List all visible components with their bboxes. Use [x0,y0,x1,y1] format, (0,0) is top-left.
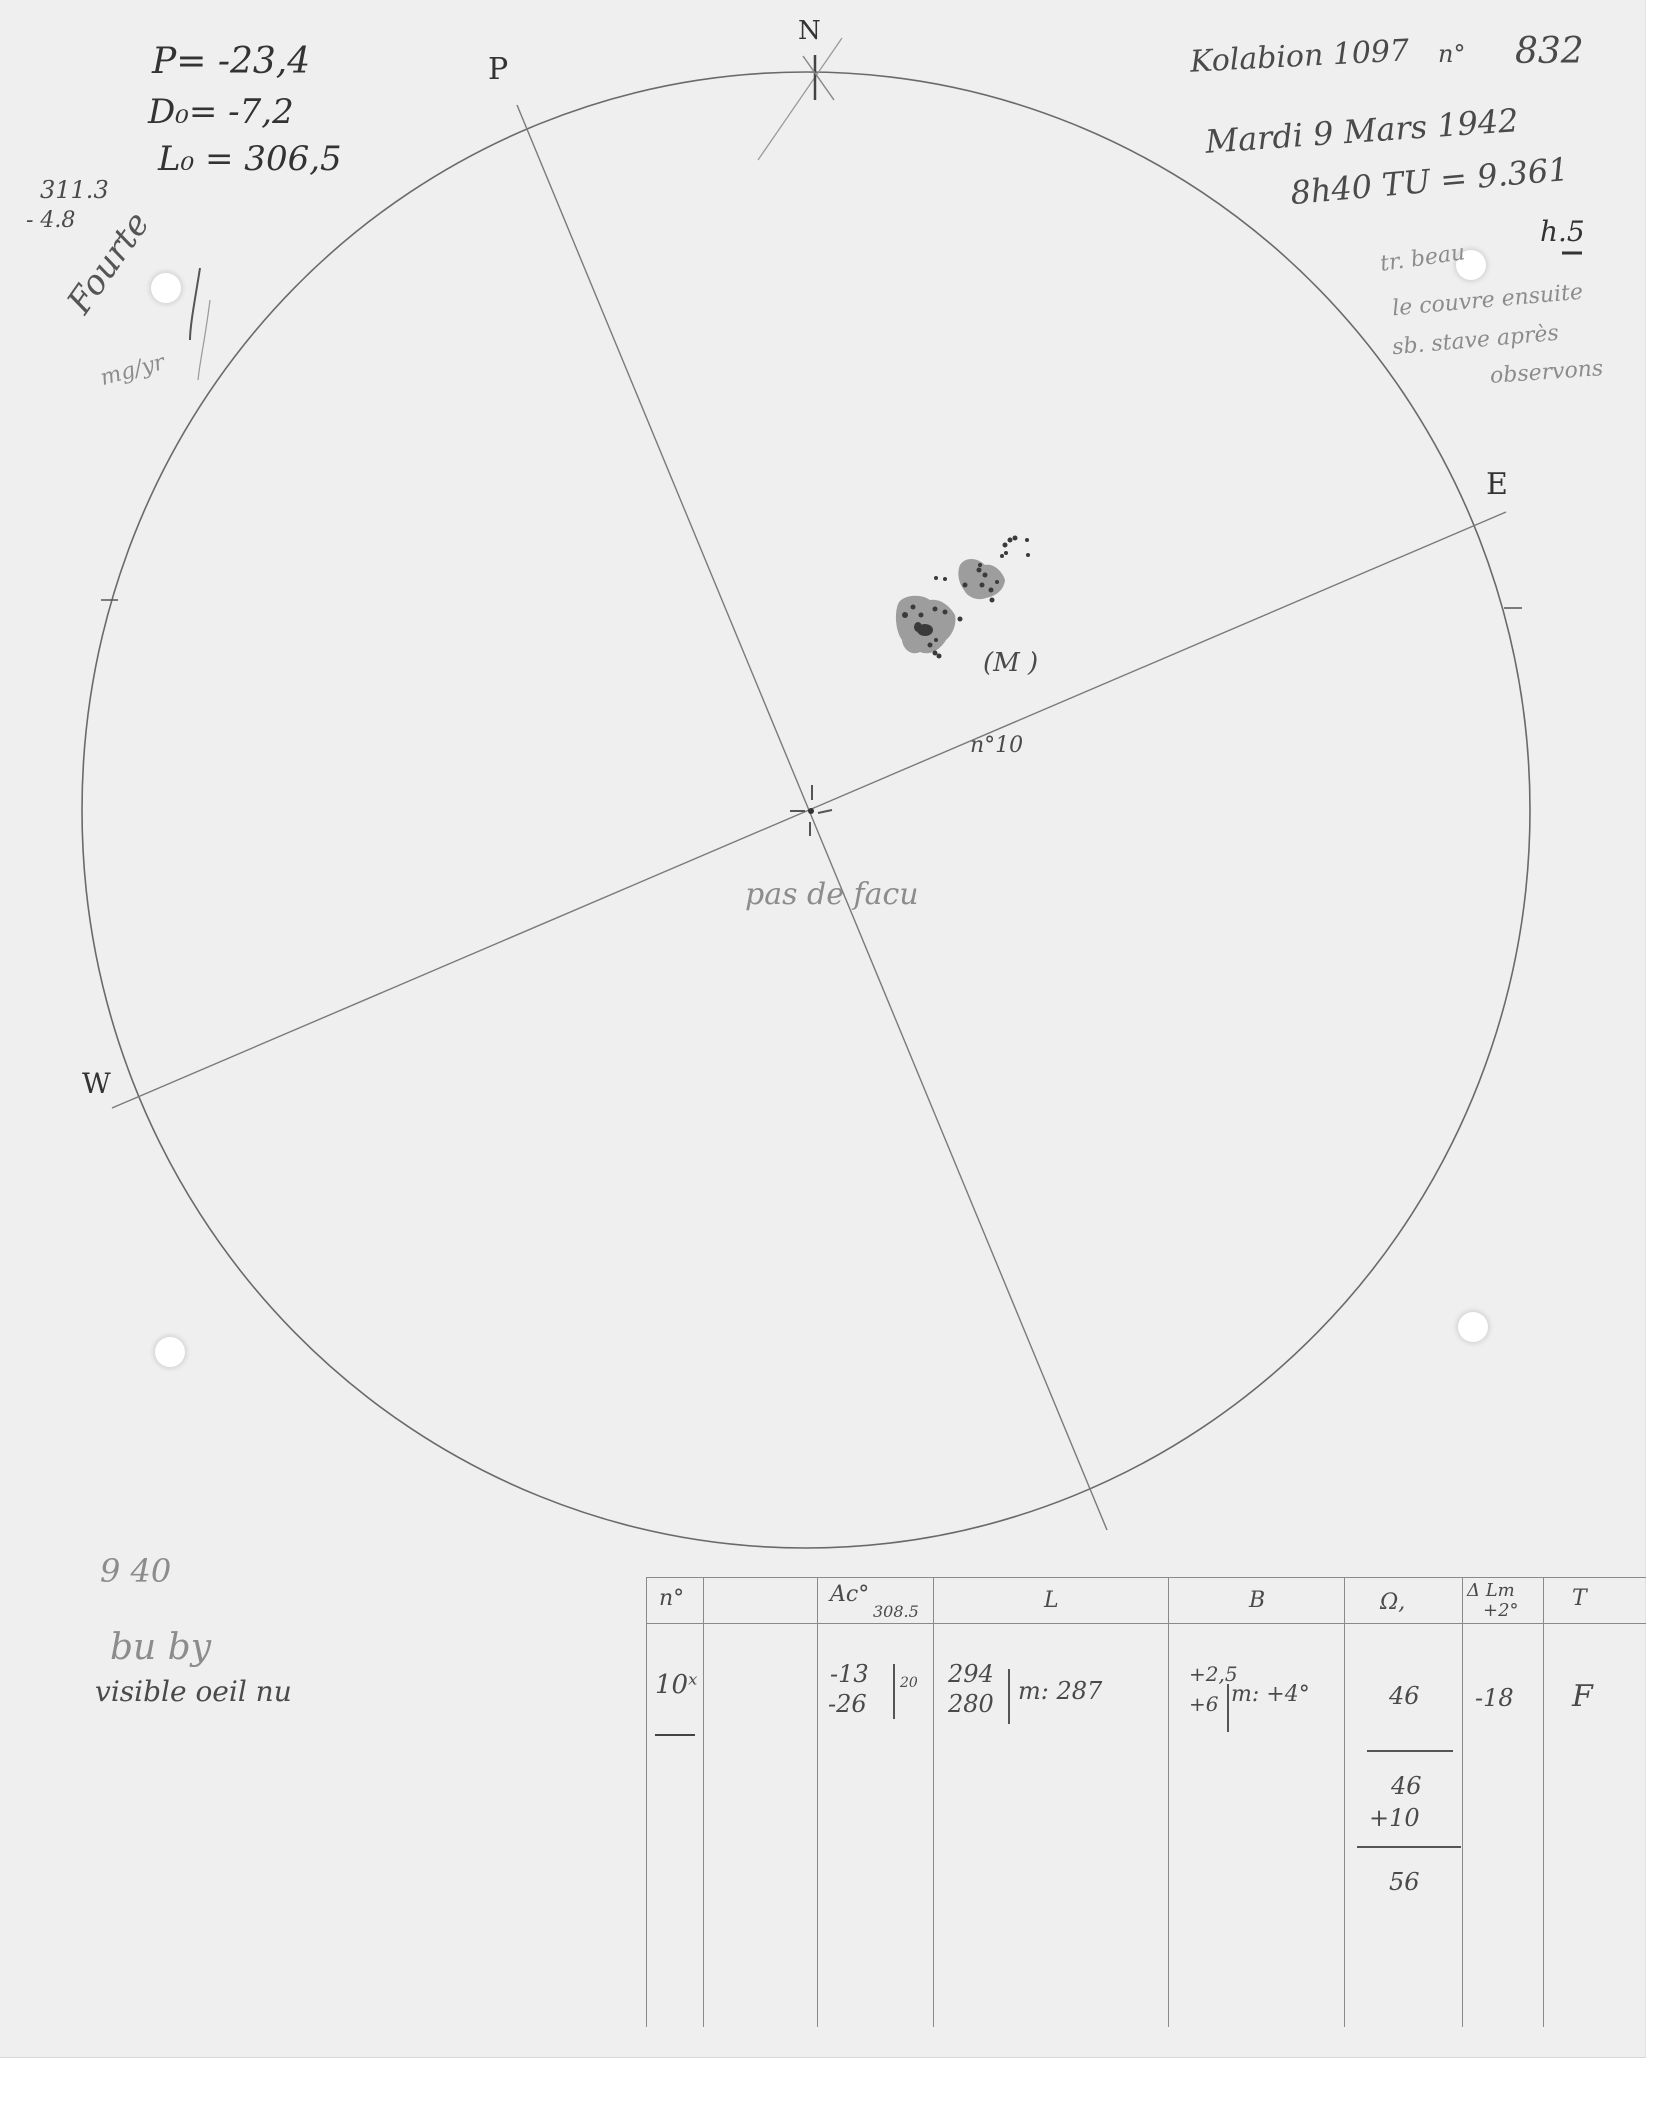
margin-value-2: - 4.8 [26,210,75,232]
left-note-time: 9 40 [100,1555,171,1587]
column-header-longitude: L [934,1578,1169,1624]
table-header-row: n° Ac° 308.5 L B Ω, Δ Lm +2° T [647,1578,1646,1624]
column-header-ac: Ac° 308.5 [818,1578,934,1624]
cell-latitude: +2,5 +6 m: +4° [1169,1624,1345,2028]
center-note: pas de facu [745,880,919,910]
ephemeris-b0: D₀= -7,2 [148,95,294,129]
left-note-visibility: visible oeil nu [95,1678,292,1706]
sheet-number: 832 [1515,34,1584,70]
ephemeris-l0: L₀ = 306,5 [158,142,342,176]
north-line [758,38,842,160]
column-header-blank [704,1578,818,1624]
group-number: n°10 [970,735,1023,757]
column-header-number: n° [647,1578,704,1624]
cell-blank [704,1624,818,2028]
table-row: 10ˣ -13 -26 20 294 280 m: 287 +2,5 +6 m:… [647,1624,1646,2028]
left-note-initials: bu by [110,1630,211,1666]
cell-delta-lm: -18 [1463,1624,1544,2028]
solar-disk-outline [82,72,1530,1548]
cell-area: 46 46 +10 56 [1345,1624,1463,2028]
column-header-area: Ω, [1345,1578,1463,1624]
label-pole: P [488,55,508,85]
cell-type: F [1544,1624,1646,2028]
punch-hole [151,273,181,303]
seeing-quality: h.5 [1540,218,1585,246]
observation-table: n° Ac° 308.5 L B Ω, Δ Lm +2° T 10ˣ -13 -… [646,1577,1646,2027]
label-east: E [1486,470,1508,500]
column-header-type: T [1544,1578,1646,1624]
column-header-latitude: B [1169,1578,1345,1624]
label-west: W [82,1070,111,1098]
group-label: (M ) [983,650,1038,676]
rotation-axis-line [517,105,1107,1530]
column-header-delta-lm: Δ Lm +2° [1463,1578,1544,1624]
disk-center-marker [790,785,832,836]
cell-longitude: 294 280 m: 287 [934,1624,1169,2028]
margin-value-1: 311.3 [40,178,109,202]
cell-group-number: 10ˣ [647,1624,704,2028]
sheet-number-label: n° [1438,42,1465,66]
cell-ac: -13 -26 20 [818,1624,934,2028]
label-north: N [798,18,821,44]
punch-hole [155,1337,185,1367]
ephemeris-p: P= -23,4 [152,44,310,80]
punch-hole [1458,1312,1488,1342]
